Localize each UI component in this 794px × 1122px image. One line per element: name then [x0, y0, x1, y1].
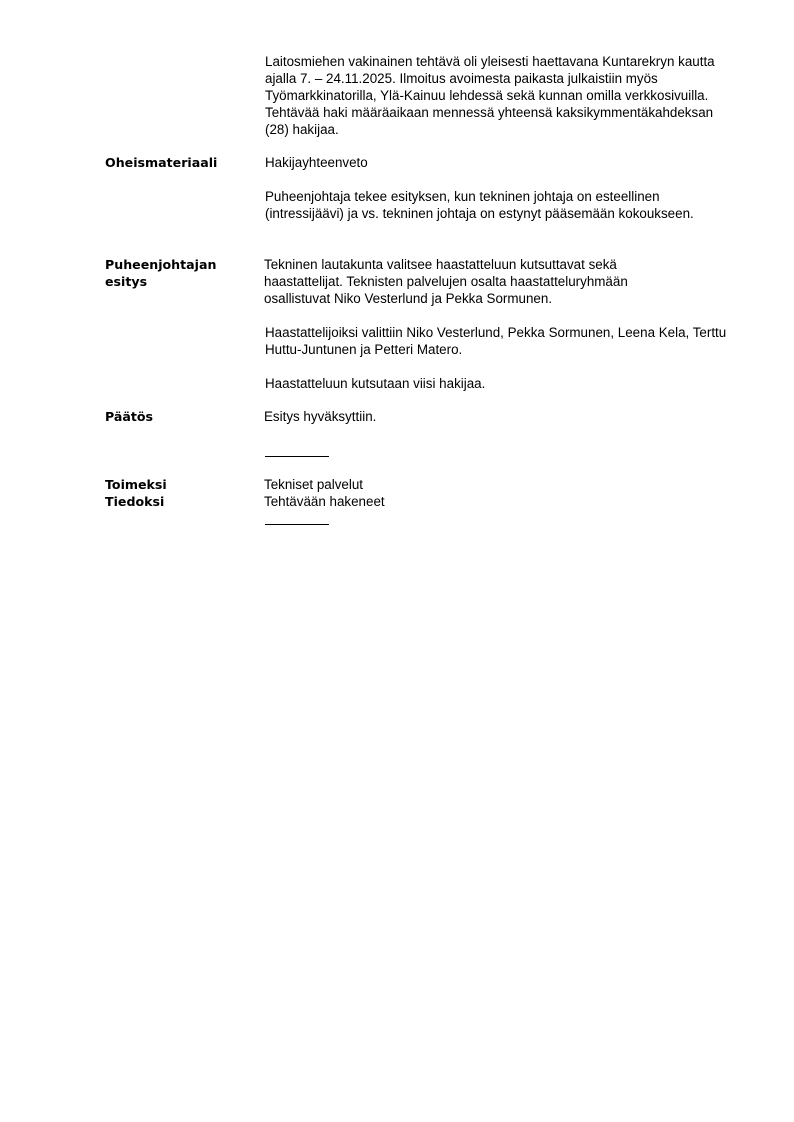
section-label-tiedoksi: Tiedoksi — [105, 493, 164, 510]
intro-paragraph: Laitosmiehen vakinainen tehtävä oli ylei… — [265, 53, 715, 138]
section-label-oheismateriaali: Oheismateriaali — [105, 154, 217, 171]
tiedoksi-recipient: Tehtävään hakeneet — [264, 493, 744, 510]
proposal-paragraph-2: Haastattelijoiksi valittiin Niko Vesterl… — [265, 324, 740, 358]
attachment-name: Hakijayhteenveto — [265, 154, 745, 171]
proposal-paragraph-3: Haastatteluun kutsutaan viisi hakijaa. — [265, 375, 745, 392]
separator-line — [265, 524, 329, 525]
chair-proposal-note: Puheenjohtaja tekee esityksen, kun tekni… — [265, 188, 740, 222]
decision-text: Esitys hyväksyttiin. — [264, 408, 744, 425]
proposal-paragraph-1: Tekninen lautakunta valitsee haastattelu… — [264, 256, 684, 307]
section-label-paatos: Päätös — [105, 408, 153, 425]
section-label-puheenjohtajan-esitys: Puheenjohtajan esitys — [105, 256, 216, 290]
toimeksi-recipient: Tekniset palvelut — [264, 476, 744, 493]
separator-line — [265, 456, 329, 457]
document-page: Laitosmiehen vakinainen tehtävä oli ylei… — [0, 0, 794, 1122]
section-label-toimeksi: Toimeksi — [105, 476, 167, 493]
